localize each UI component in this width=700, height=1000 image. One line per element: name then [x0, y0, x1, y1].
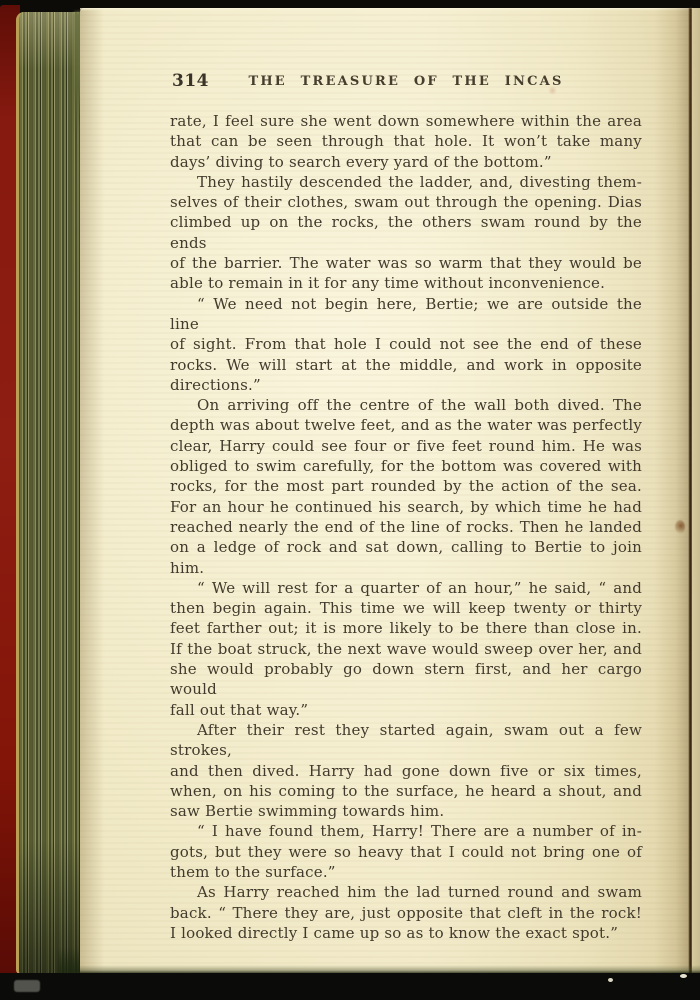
text-line: saw Bertie swimming towards him. [170, 801, 642, 821]
text-line: rate, I feel sure she went down somewher… [170, 111, 642, 131]
text-line: days’ diving to search every yard of the… [170, 152, 642, 172]
text-line: and then dived. Harry had gone down five… [170, 761, 642, 781]
text-line: when, on his coming to the surface, he h… [170, 781, 642, 801]
text-line: rocks, for the most part rounded by the … [170, 476, 642, 496]
text-line: “ I have found them, Harry! There are a … [170, 821, 642, 841]
text-line: obliged to swim carefully, for the botto… [170, 456, 642, 476]
text-line: of sight. From that hole I could not see… [170, 334, 642, 354]
text-line: If the boat struck, the next wave would … [170, 639, 642, 659]
page-header: 314 THE TREASURE OF THE INCAS [170, 71, 642, 93]
text-line: After their rest they started again, swa… [170, 720, 642, 761]
text-line: “ We need not begin here, Bertie; we are… [170, 294, 642, 335]
body-text: rate, I feel sure she went down somewher… [170, 111, 642, 943]
text-line: then begin again. This time we will keep… [170, 598, 642, 618]
book-page: 314 THE TREASURE OF THE INCAS rate, I fe… [80, 8, 700, 974]
page-left-shading [80, 8, 104, 974]
background-object [14, 980, 40, 992]
foxing-spot [675, 520, 685, 534]
text-line: feet farther out; it is more likely to b… [170, 618, 642, 638]
table-surface-bottom [0, 973, 700, 1000]
text-line: gots, but they were so heavy that I coul… [170, 842, 642, 862]
next-page-edge [692, 8, 700, 974]
text-line: back. “ There they are, just opposite th… [170, 903, 642, 923]
text-line: of the barrier. The water was so warm th… [170, 253, 642, 273]
text-line: him. [170, 558, 642, 578]
text-line: depth was about twelve feet, and as the … [170, 415, 642, 435]
text-line: rocks. We will start at the middle, and … [170, 355, 642, 375]
text-line: fall out that way.” [170, 700, 642, 720]
paper-speck [608, 978, 613, 982]
page-number: 314 [172, 71, 209, 91]
text-line: I looked directly I came up so as to kno… [170, 923, 642, 943]
running-title: THE TREASURE OF THE INCAS [170, 71, 642, 89]
text-line: selves of their clothes, swam out throug… [170, 192, 642, 212]
text-line: able to remain in it for any time withou… [170, 273, 642, 293]
page-top-edge-highlight [80, 8, 700, 11]
text-line: on a ledge of rock and sat down, calling… [170, 537, 642, 557]
page-edge-stack [16, 12, 83, 974]
text-line: reached nearly the end of the line of ro… [170, 517, 642, 537]
text-line: “ We will rest for a quarter of an hour,… [170, 578, 642, 598]
text-line: For an hour he continued his search, by … [170, 497, 642, 517]
text-line: that can be seen through that hole. It w… [170, 131, 642, 151]
paper-speck [680, 974, 687, 978]
text-line: clear, Harry could see four or five feet… [170, 436, 642, 456]
text-line: she would probably go down stern first, … [170, 659, 642, 700]
scanned-book-photo: 314 THE TREASURE OF THE INCAS rate, I fe… [0, 0, 700, 1000]
text-line: directions.” [170, 375, 642, 395]
text-line: As Harry reached him the lad turned roun… [170, 882, 642, 902]
page-gutter-shading [654, 8, 690, 974]
text-line: On arriving off the centre of the wall b… [170, 395, 642, 415]
text-line: them to the surface.” [170, 862, 642, 882]
text-line: climbed up on the rocks, the others swam… [170, 212, 642, 253]
text-line: They hastily descended the ladder, and, … [170, 172, 642, 192]
